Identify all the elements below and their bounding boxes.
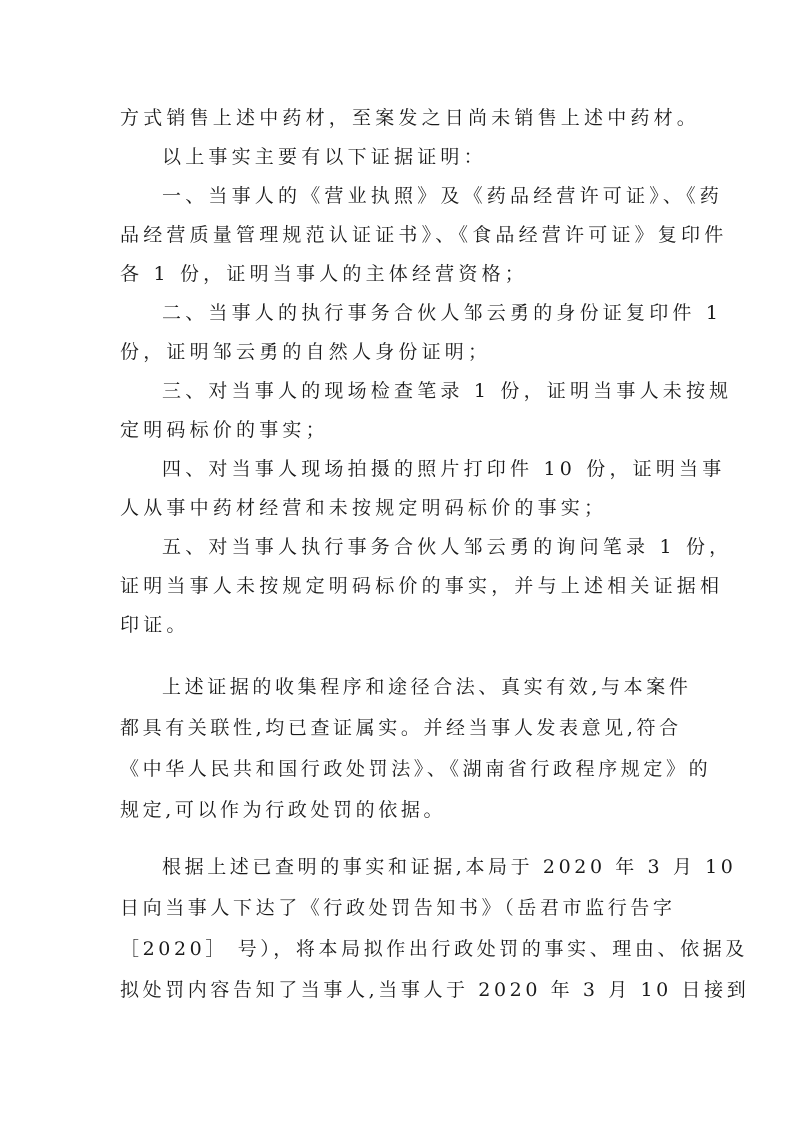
evidence-item-2: 二、当事人的执行事务合伙人邹云勇的身份证复印件 1 (162, 301, 718, 325)
text-line: 证明当事人未按规定明码标价的事实，并与上述相关证据相 (120, 574, 676, 598)
notice-paragraph-line: ［2020］ 号），将本局拟作出行政处罚的事实、理由、依据及 (120, 937, 676, 961)
text-line: 人从事中药材经营和未按规定明码标价的事实； (120, 496, 676, 520)
notice-paragraph-line: 日向当事人下达了《行政处罚告知书》（岳君市监行告字 (120, 896, 676, 920)
evidence-item-5: 五、对当事人执行事务合伙人邹云勇的询问笔录 1 份， (162, 535, 718, 559)
text-line: 以上事实主要有以下证据证明： (162, 145, 718, 169)
evidence-paragraph-line: 都具有关联性,均已查证属实。并经当事人发表意见,符合 (120, 716, 676, 740)
notice-paragraph-line: 拟处罚内容告知了当事人,当事人于 2020 年 3 月 10 日接到 (120, 978, 676, 1002)
text-line: 品经营质量管理规范认证证书》、《食品经营许可证》复印件 (120, 223, 676, 247)
text-line: 各 1 份，证明当事人的主体经营资格； (120, 262, 676, 286)
text-line: 定明码标价的事实； (120, 418, 676, 442)
evidence-paragraph-line: 《中华人民共和国行政处罚法》、《湖南省行政程序规定》的 (120, 757, 676, 781)
evidence-paragraph-line: 上述证据的收集程序和途径合法、真实有效,与本案件 (162, 675, 718, 699)
evidence-paragraph-line: 规定,可以作为行政处罚的依据。 (120, 798, 676, 822)
evidence-item-1: 一、当事人的《营业执照》及《药品经营许可证》、《药 (162, 184, 718, 208)
text-line: 印证。 (120, 613, 676, 637)
notice-paragraph-line: 根据上述已查明的事实和证据,本局于 2020 年 3 月 10 (162, 855, 718, 879)
evidence-item-3: 三、对当事人的现场检查笔录 1 份，证明当事人未按规 (162, 379, 718, 403)
text-line: 方式销售上述中药材，至案发之日尚未销售上述中药材。 (120, 106, 676, 130)
text-line: 份，证明邹云勇的自然人身份证明； (120, 340, 676, 364)
document-page: 方式销售上述中药材，至案发之日尚未销售上述中药材。 以上事实主要有以下证据证明：… (0, 0, 793, 1122)
evidence-item-4: 四、对当事人现场拍摄的照片打印件 10 份，证明当事 (162, 457, 718, 481)
